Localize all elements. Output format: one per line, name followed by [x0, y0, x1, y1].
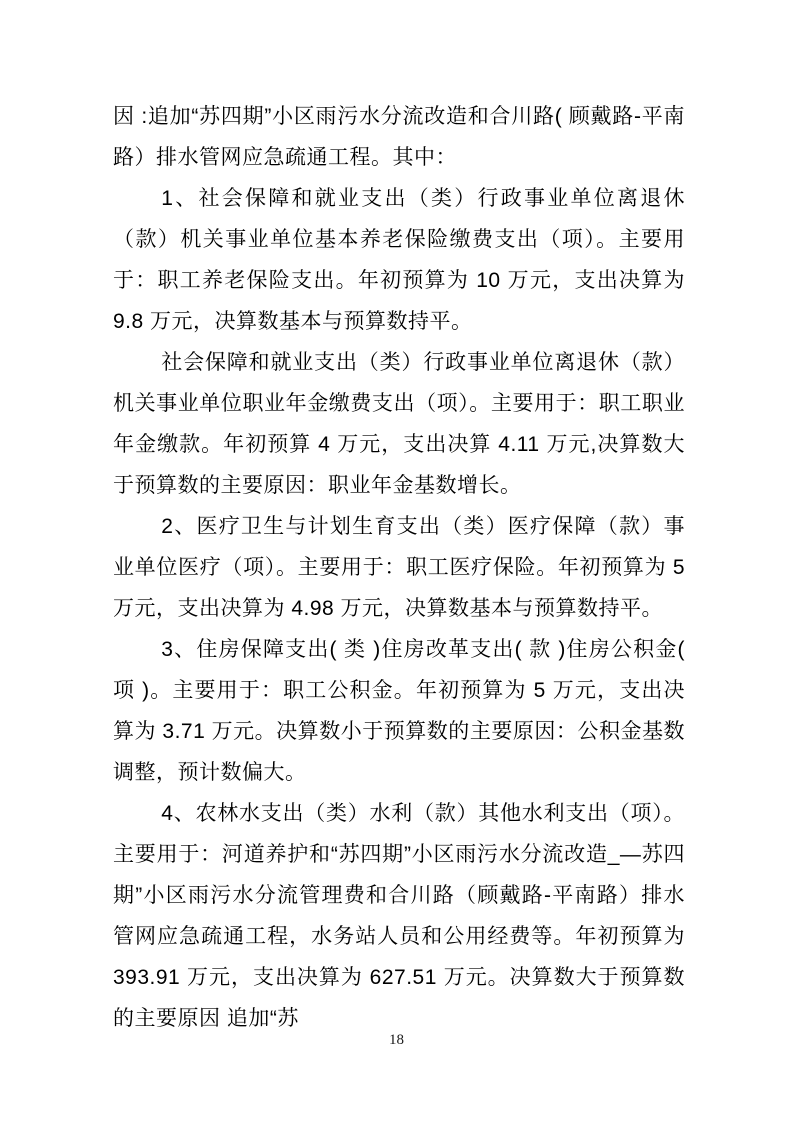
paragraph: 因 :追加“苏四期”小区雨污水分流改造和合川路( 顾戴路-平南路）排水管网应急疏…: [113, 96, 685, 178]
document-body: 因 :追加“苏四期”小区雨污水分流改造和合川路( 顾戴路-平南路）排水管网应急疏…: [113, 96, 685, 1039]
paragraph: 4、农林水支出（类）水利（款）其他水利支出（项）。主要用于：河道养护和“苏四期”…: [113, 793, 685, 1039]
document-page: 因 :追加“苏四期”小区雨污水分流改造和合川路( 顾戴路-平南路）排水管网应急疏…: [0, 0, 793, 1122]
page-number: 18: [0, 1032, 793, 1049]
paragraph: 社会保障和就业支出（类）行政事业单位离退休（款）机关事业单位职业年金缴费支出（项…: [113, 342, 685, 506]
paragraph: 3、住房保障支出( 类 )住房改革支出( 款 )住房公积金( 项 )。主要用于：…: [113, 629, 685, 793]
paragraph: 1、社会保障和就业支出（类）行政事业单位离退休（款）机关事业单位基本养老保险缴费…: [113, 178, 685, 342]
paragraph: 2、医疗卫生与计划生育支出（类）医疗保障（款）事业单位医疗（项）。主要用于：职工…: [113, 506, 685, 629]
